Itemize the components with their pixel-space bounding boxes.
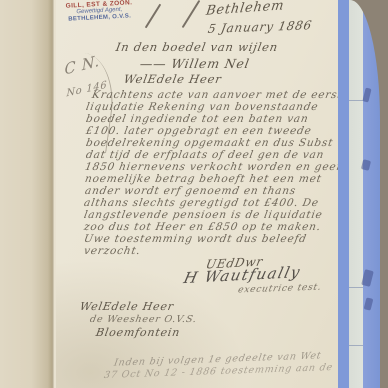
body-line: £100. later opgebragt en een tweede <box>85 126 312 137</box>
printed-letterhead: GILL, EST & ZOON. Gewettigd Agent, BETHL… <box>65 0 133 24</box>
heading-deceased-name: —— Willem Nel <box>139 56 251 71</box>
address-office: de Weesheer O.V.S. <box>89 314 198 325</box>
ink-smudge <box>361 269 374 287</box>
adjacent-ledger-page-edge <box>338 0 380 388</box>
body-line: dat tijd de erfplaats of deel gen de van <box>85 150 325 161</box>
ink-smudge <box>364 297 374 310</box>
body-line: noemelijke betrag behoeft het een met <box>84 174 323 185</box>
ledger-rule-line <box>349 287 363 288</box>
body-line: langstlevende pensioen is de liquidatie <box>83 210 323 221</box>
body-line: verzocht. <box>83 246 141 257</box>
body-line: zoo dus tot Heer en £850 op te maken. <box>83 222 322 233</box>
address-town: Bloemfontein <box>95 326 181 339</box>
signature-capacity: executrice test. <box>237 283 323 296</box>
body-line: liquidatie Rekening van bovenstaande <box>85 102 319 113</box>
address-salutation: WelEdele Heer <box>79 300 175 313</box>
previous-leaf-edge <box>0 0 52 388</box>
photo-of-letter: GILL, EST & ZOON. Gewettigd Agent, BETHL… <box>0 0 388 388</box>
body-line: boedelrekening opgemaakt en dus Subst <box>85 138 334 149</box>
body-line: boedel ingediende tot een baten van <box>85 114 309 125</box>
pen-check-mark <box>182 0 201 28</box>
body-line: ander wordt erf genoemd en thans <box>84 186 297 197</box>
ink-smudge <box>362 87 371 102</box>
ledger-rule-line <box>349 345 363 346</box>
body-line: 1850 hiernevens verkocht worden en geene <box>84 162 352 173</box>
heading-salutation: WelEdele Heer <box>123 72 223 86</box>
letter-page: GILL, EST & ZOON. Gewettigd Agent, BETHL… <box>56 0 342 388</box>
dateline-date: 5 January 1886 <box>207 18 314 36</box>
body-line: Uwe toestemming wordt dus beleefd <box>83 234 308 245</box>
dateline-place: Bethlehem <box>205 0 285 19</box>
ink-smudge <box>361 159 371 171</box>
pen-check-mark <box>145 4 162 29</box>
body-line: Krachtens acte van aanvoer met de eerste <box>91 90 350 101</box>
body-line: althans slechts geregtigd tot £400. De <box>83 198 320 209</box>
ledger-rule-line <box>349 100 363 101</box>
heading-estate-line: In den boedel van wijlen <box>115 40 279 54</box>
